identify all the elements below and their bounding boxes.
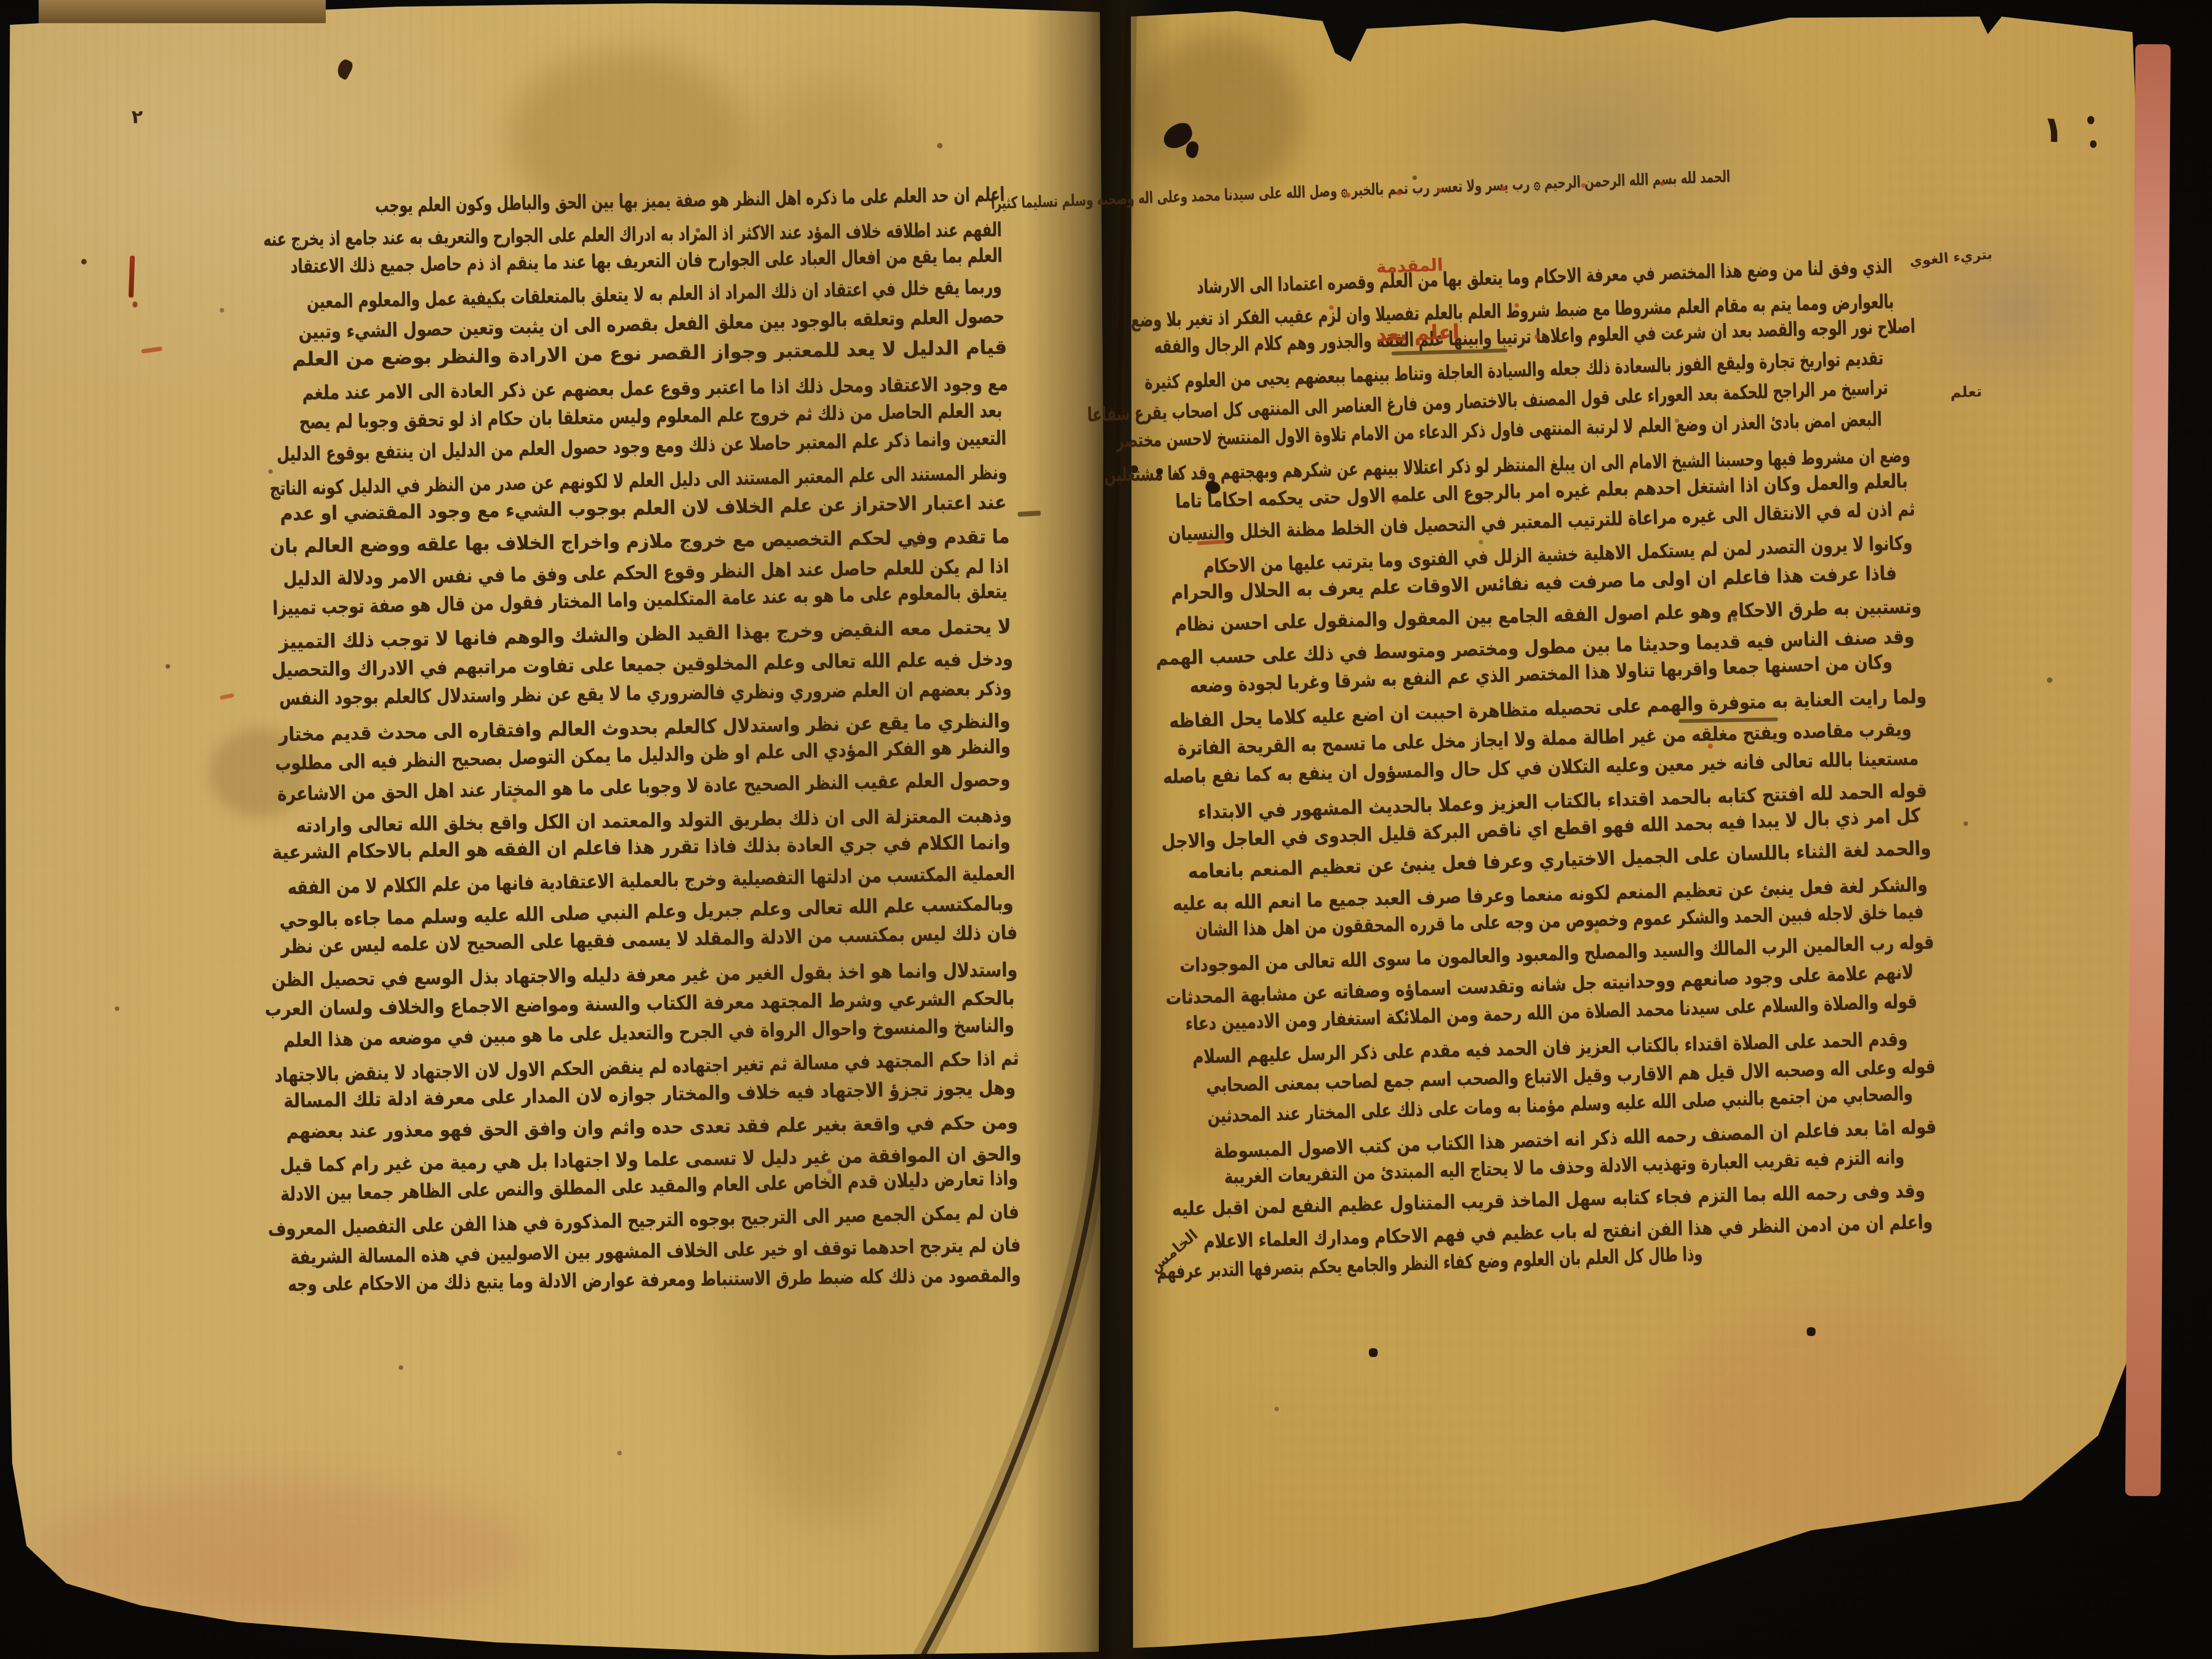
underlying-page-edge <box>39 0 326 23</box>
red-ink-dot <box>1346 193 1351 198</box>
red-ink-dot <box>1534 335 1539 339</box>
red-ink-dot <box>1329 305 1333 310</box>
stain <box>1657 1314 1988 1546</box>
manuscript-photo: الحمد لله بسم الله الرحمن الرحيم ۞ رب يس… <box>0 0 2212 1659</box>
rubric-opening-word: المقدمة <box>1375 255 1443 277</box>
stain <box>33 1485 530 1618</box>
folio-mark-dot <box>2090 140 2097 148</box>
red-ink-dot <box>1581 183 1586 188</box>
red-ink-dot <box>1708 744 1713 749</box>
folio-number-left: ٢ <box>131 106 143 128</box>
margin-note-lower: تعلم <box>1950 383 1982 401</box>
red-ink-dot <box>133 301 137 308</box>
red-ink-dot <box>1396 190 1401 195</box>
foxing-specks <box>0 0 2 2</box>
red-ink-dot <box>1660 182 1664 186</box>
red-ink-dot <box>1394 500 1398 505</box>
red-ink-dot <box>1438 188 1442 193</box>
right-page-text-block: الذي وفق لنا من وضع هذا المختصر في معرفة… <box>1144 255 1945 1316</box>
folio-mark-dot <box>2087 116 2094 124</box>
red-ink-dot <box>1515 303 1519 308</box>
foxing-specks <box>0 0 2 2</box>
folio-mark-right: ١ <box>2041 108 2065 151</box>
rubric-section-word: اعلم بعد <box>1375 320 1460 346</box>
red-ink-dot <box>1501 186 1506 191</box>
stain <box>1137 33 1303 199</box>
